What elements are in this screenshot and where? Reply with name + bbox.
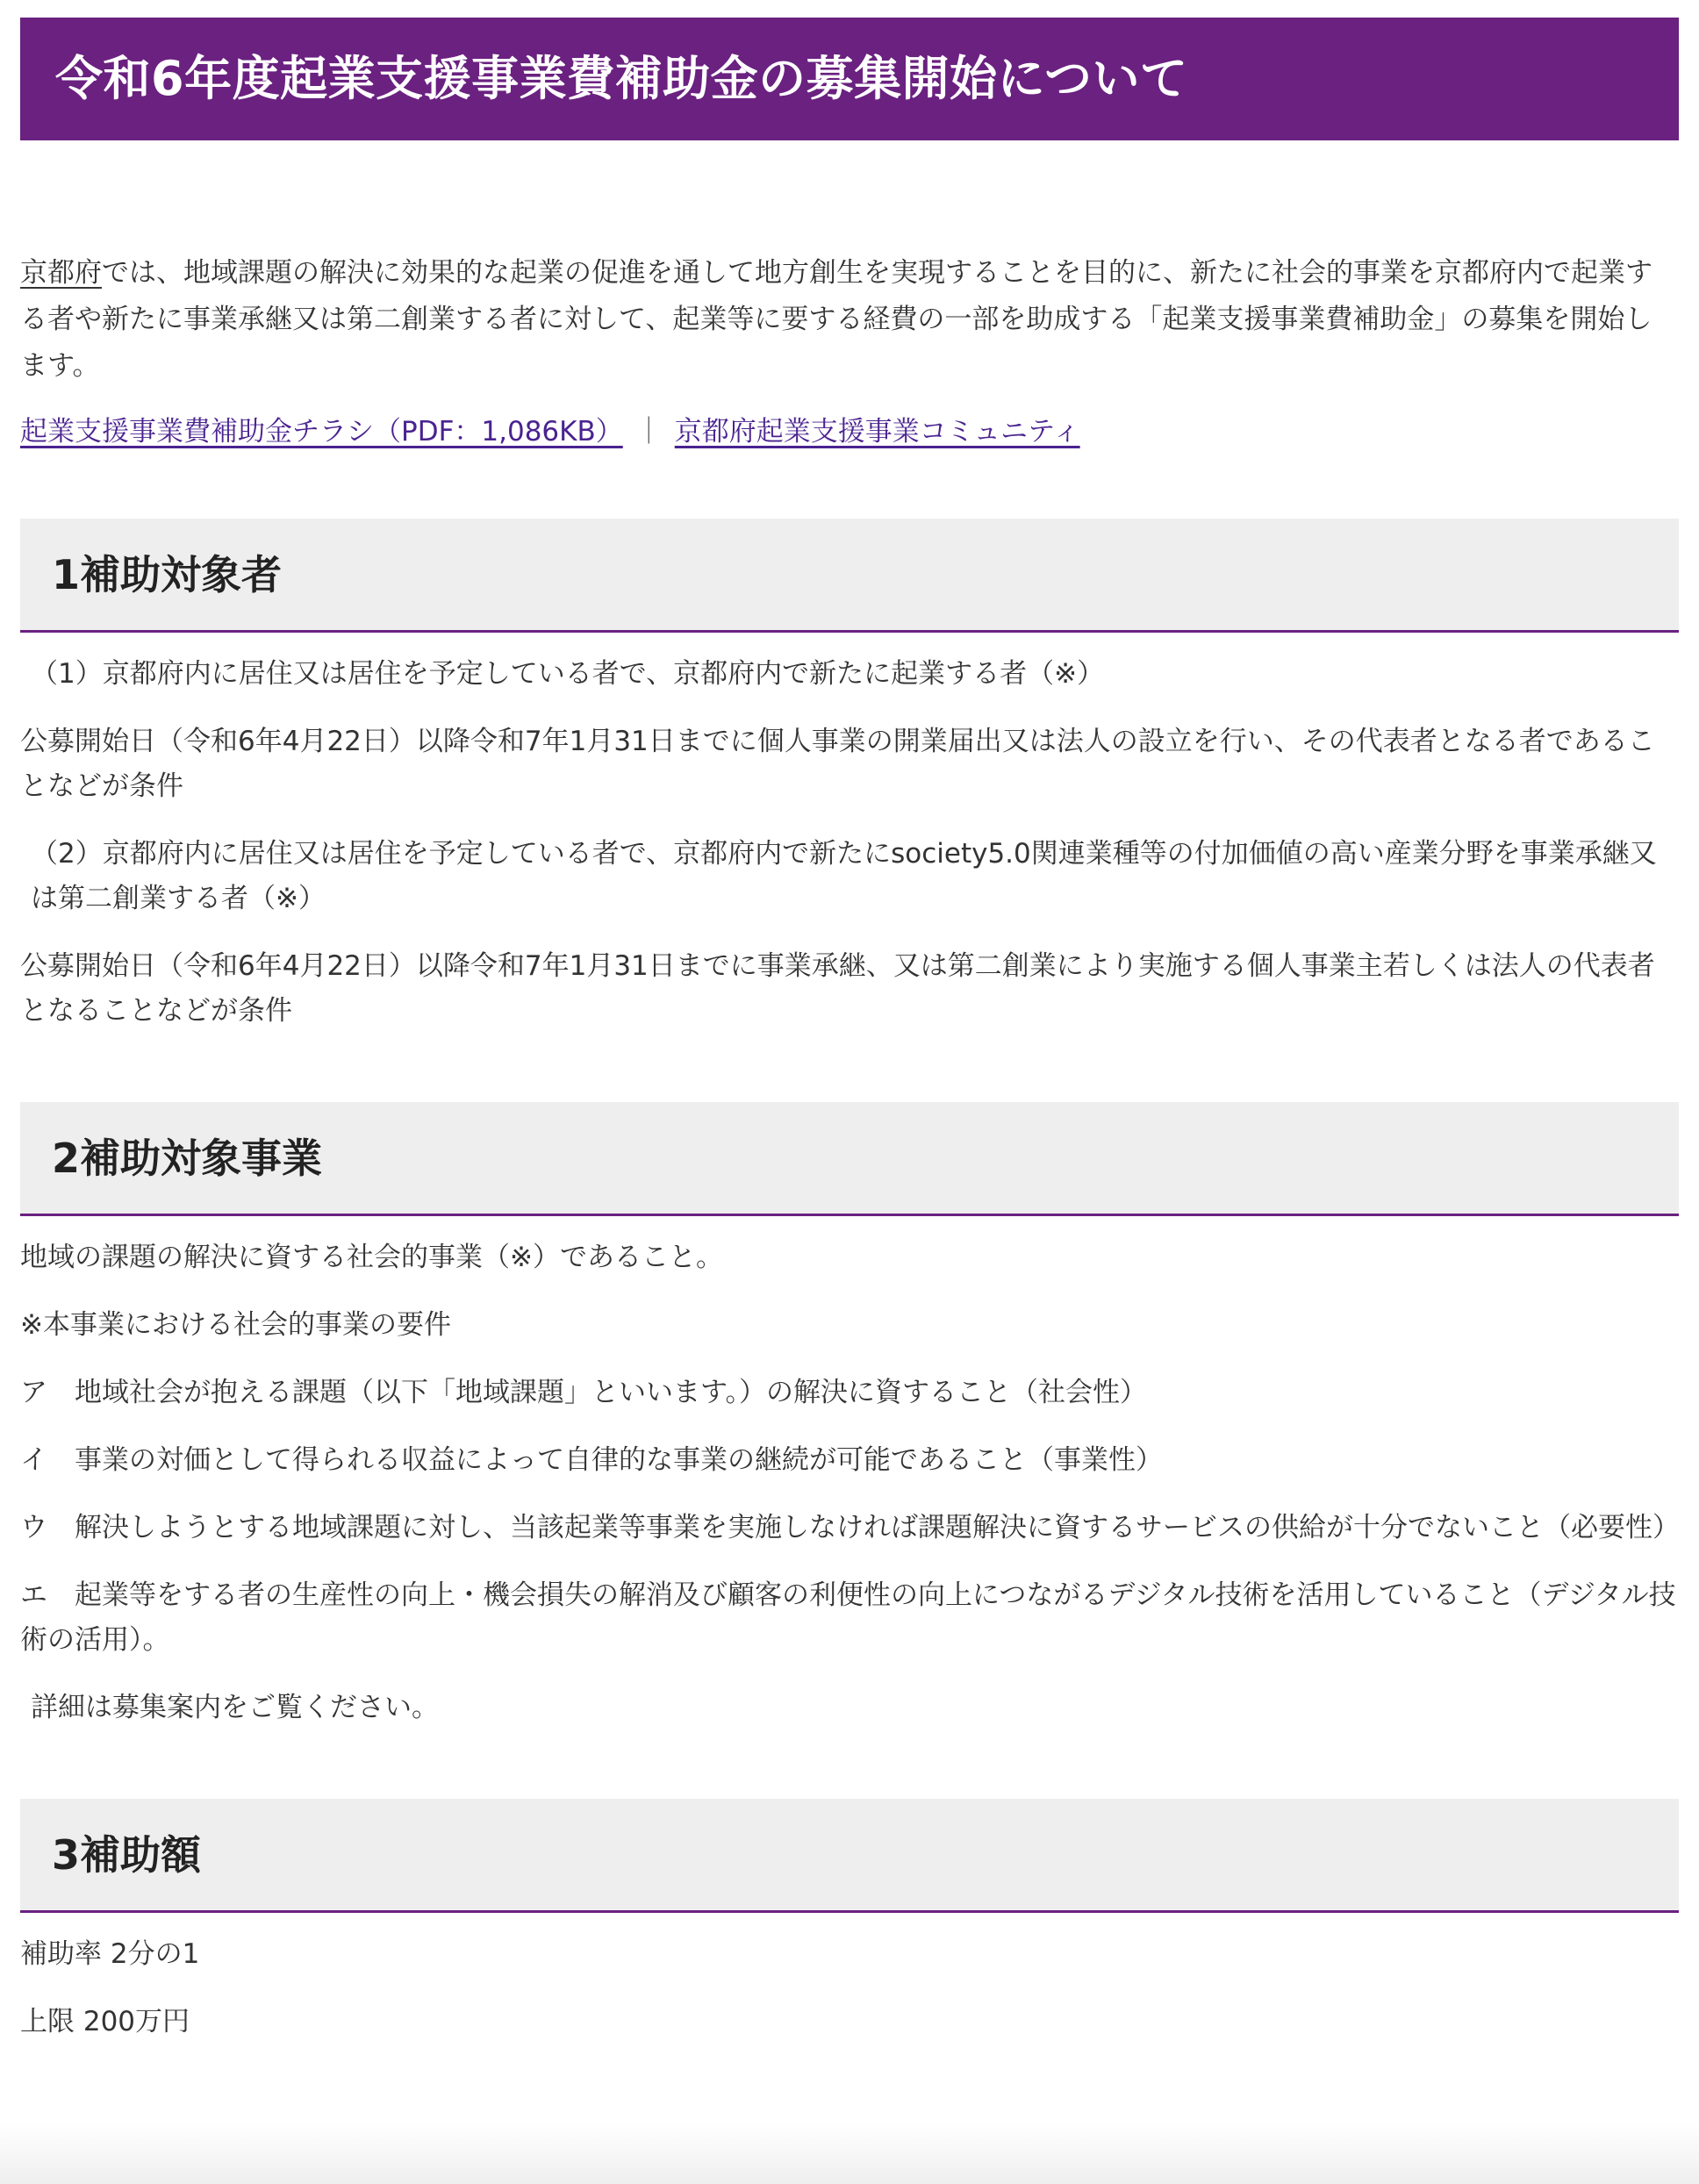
intro-paragraph: 京都府では、地域課題の解決に効果的な起業の促進を通して地方創生を実現することを目… bbox=[20, 250, 1679, 390]
section-heading-eligible-projects: 2補助対象事業 bbox=[20, 1102, 1679, 1216]
section-heading-eligible-persons: 1補助対象者 bbox=[20, 519, 1679, 633]
section-title: 3補助額 bbox=[52, 1835, 201, 1875]
link-separator: ｜ bbox=[635, 416, 663, 448]
section-body-subsidy-amount: 補助率 2分の1 上限 200万円 bbox=[20, 1932, 1679, 2044]
page-title: 令和6年度起業支援事業費補助金の募集開始について bbox=[55, 55, 1188, 103]
section-body-eligible-projects: 地域の課題の解決に資する社会的事業（※）であること。 ※本事業における社会的事業… bbox=[20, 1235, 1679, 1730]
paragraph: 詳細は募集案内をご覧ください。 bbox=[20, 1686, 1679, 1730]
paragraph: （2）京都府内に居住又は居住を予定している者で、京都府内で新たにsociety5… bbox=[20, 832, 1679, 921]
paragraph: ※本事業における社会的事業の要件 bbox=[20, 1303, 1679, 1348]
paragraph: 公募開始日（令和6年4月22日）以降令和7年1月31日までに個人事業の開業届出又… bbox=[20, 720, 1679, 809]
subsidy-limit: 上限 200万円 bbox=[20, 2000, 1679, 2044]
requirement-item: ウ 解決しようとする地域課題に対し、当該起業等事業を実施しなければ課題解決に資す… bbox=[20, 1506, 1679, 1550]
paragraph: 公募開始日（令和6年4月22日）以降令和7年1月31日までに事業承継、又は第二創… bbox=[20, 944, 1679, 1034]
paragraph: 地域の課題の解決に資する社会的事業（※）であること。 bbox=[20, 1235, 1679, 1280]
section-title: 2補助対象事業 bbox=[52, 1138, 322, 1178]
requirement-item: エ 起業等をする者の生産性の向上・機会損失の解消及び顧客の利便性の向上につながる… bbox=[20, 1573, 1679, 1663]
intro-text: では、地域課題の解決に効果的な起業の促進を通して地方創生を実現することを目的に、… bbox=[20, 257, 1652, 382]
page-title-bar: 令和6年度起業支援事業費補助金の募集開始について bbox=[20, 18, 1679, 140]
subsidy-rate: 補助率 2分の1 bbox=[20, 1932, 1679, 1977]
paragraph: （1）京都府内に居住又は居住を予定している者で、京都府内で新たに起業する者（※） bbox=[20, 652, 1679, 697]
section-title: 1補助対象者 bbox=[52, 555, 282, 595]
section-heading-subsidy-amount: 3補助額 bbox=[20, 1799, 1679, 1913]
flyer-pdf-link[interactable]: 起業支援事業費補助金チラシ（PDF：1,086KB） bbox=[20, 416, 623, 448]
requirement-item: ア 地域社会が抱える課題（以下「地域課題」といいます。）の解決に資すること（社会… bbox=[20, 1371, 1679, 1415]
bottom-fade-overlay bbox=[0, 2123, 1699, 2184]
community-link[interactable]: 京都府起業支援事業コミュニティ bbox=[675, 416, 1080, 448]
requirement-item: イ 事業の対価として得られる収益によって自律的な事業の継続が可能であること（事業… bbox=[20, 1438, 1679, 1483]
page-content: 令和6年度起業支援事業費補助金の募集開始について 京都府では、地域課題の解決に効… bbox=[20, 18, 1679, 2044]
related-links: 起業支援事業費補助金チラシ（PDF：1,086KB）｜京都府起業支援事業コミュニ… bbox=[20, 409, 1679, 455]
section-body-eligible-persons: （1）京都府内に居住又は居住を予定している者で、京都府内で新たに起業する者（※）… bbox=[20, 652, 1679, 1034]
kyoto-prefecture-term-link[interactable]: 京都府 bbox=[20, 257, 102, 289]
